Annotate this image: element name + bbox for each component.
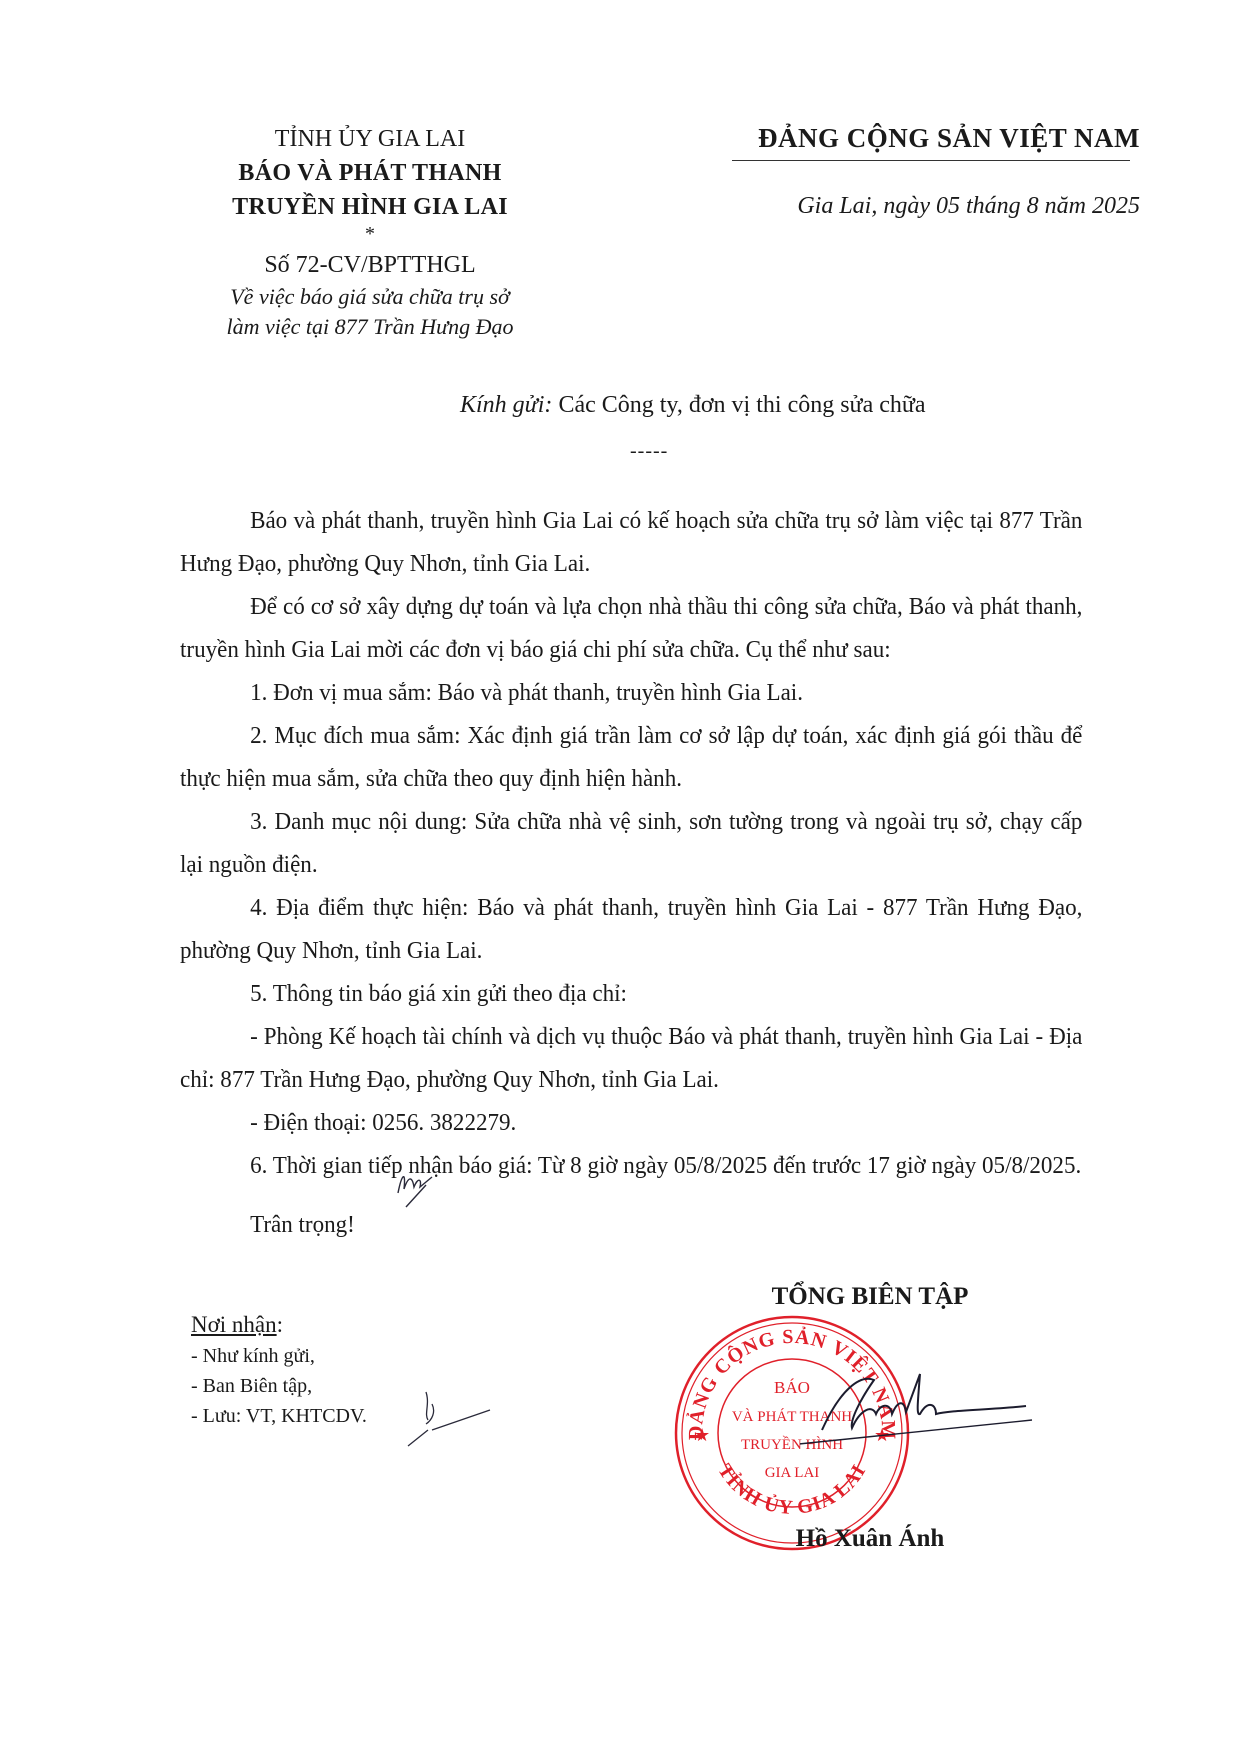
body-paragraph: - Điện thoại: 0256. 3822279. xyxy=(180,1102,1082,1145)
letter-body: Báo và phát thanh, truyền hình Gia Lai c… xyxy=(180,500,1082,1247)
handwritten-initial-mark xyxy=(402,1390,492,1450)
recipient-item: - Ban Biên tập, xyxy=(191,1371,367,1401)
issuing-organization-block: TỈNH ỦY GIA LAI BÁO VÀ PHÁT THANH TRUYỀN… xyxy=(180,122,560,342)
party-underline xyxy=(732,160,1130,161)
body-paragraph: Để có cơ sở xây dựng dự toán và lựa chọn… xyxy=(180,586,1082,672)
signer-title: TỔNG BIÊN TẬP xyxy=(730,1283,1010,1311)
body-paragraph: 3. Danh mục nội dung: Sửa chữa nhà vệ si… xyxy=(180,801,1082,887)
organization-name-line1: BÁO VÀ PHÁT THANH xyxy=(180,156,560,190)
recipients-title: Nơi nhận xyxy=(191,1312,277,1337)
document-number: Số 72-CV/BPTTHGL xyxy=(180,248,560,282)
handwritten-signature xyxy=(800,1370,1040,1450)
handwritten-initial-mark xyxy=(392,1163,452,1213)
addressee: Kính gửi: Các Công ty, đơn vị thi công s… xyxy=(460,392,926,419)
subject-line2: làm việc tại 877 Trần Hưng Đạo xyxy=(180,312,560,342)
svg-text:★: ★ xyxy=(694,1425,710,1445)
body-paragraph: - Phòng Kế hoạch tài chính và dịch vụ th… xyxy=(180,1016,1082,1102)
addressee-value: Các Công ty, đơn vị thi công sửa chữa xyxy=(552,392,925,418)
signer-name: Hồ Xuân Ánh xyxy=(740,1525,1000,1553)
star-separator: * xyxy=(180,224,560,244)
recipient-item: - Lưu: VT, KHTCDV. xyxy=(191,1401,367,1431)
place-date: Gia Lai, ngày 05 tháng 8 năm 2025 xyxy=(700,193,1140,220)
svg-text:GIA LAI: GIA LAI xyxy=(765,1465,820,1481)
party-name: ĐẢNG CỘNG SẢN VIỆT NAM xyxy=(700,120,1140,156)
body-paragraph: 4. Địa điểm thực hiện: Báo và phát thanh… xyxy=(180,887,1082,973)
body-paragraph: Báo và phát thanh, truyền hình Gia Lai c… xyxy=(180,500,1082,586)
body-paragraph: 2. Mục đích mua sắm: Xác định giá trần l… xyxy=(180,715,1082,801)
divider: ----- xyxy=(630,440,668,463)
body-paragraph: 1. Đơn vị mua sắm: Báo và phát thanh, tr… xyxy=(180,672,1082,715)
party-header-block: ĐẢNG CỘNG SẢN VIỆT NAM Gia Lai, ngày 05 … xyxy=(700,120,1140,220)
closing: Trân trọng! xyxy=(180,1204,1082,1247)
recipient-item: - Như kính gửi, xyxy=(191,1341,367,1371)
body-paragraph: 5. Thông tin báo giá xin gửi theo địa ch… xyxy=(180,973,1082,1016)
body-paragraph: 6. Thời gian tiếp nhận báo giá: Từ 8 giờ… xyxy=(180,1145,1082,1188)
organization-name-line2: TRUYỀN HÌNH GIA LAI xyxy=(180,190,560,224)
subject-line1: Về việc báo giá sửa chữa trụ sở xyxy=(180,282,560,312)
addressee-label: Kính gửi: xyxy=(460,392,552,418)
parent-organization: TỈNH ỦY GIA LAI xyxy=(180,122,560,156)
recipients-list: Nơi nhận: - Như kính gửi, - Ban Biên tập… xyxy=(191,1310,367,1431)
